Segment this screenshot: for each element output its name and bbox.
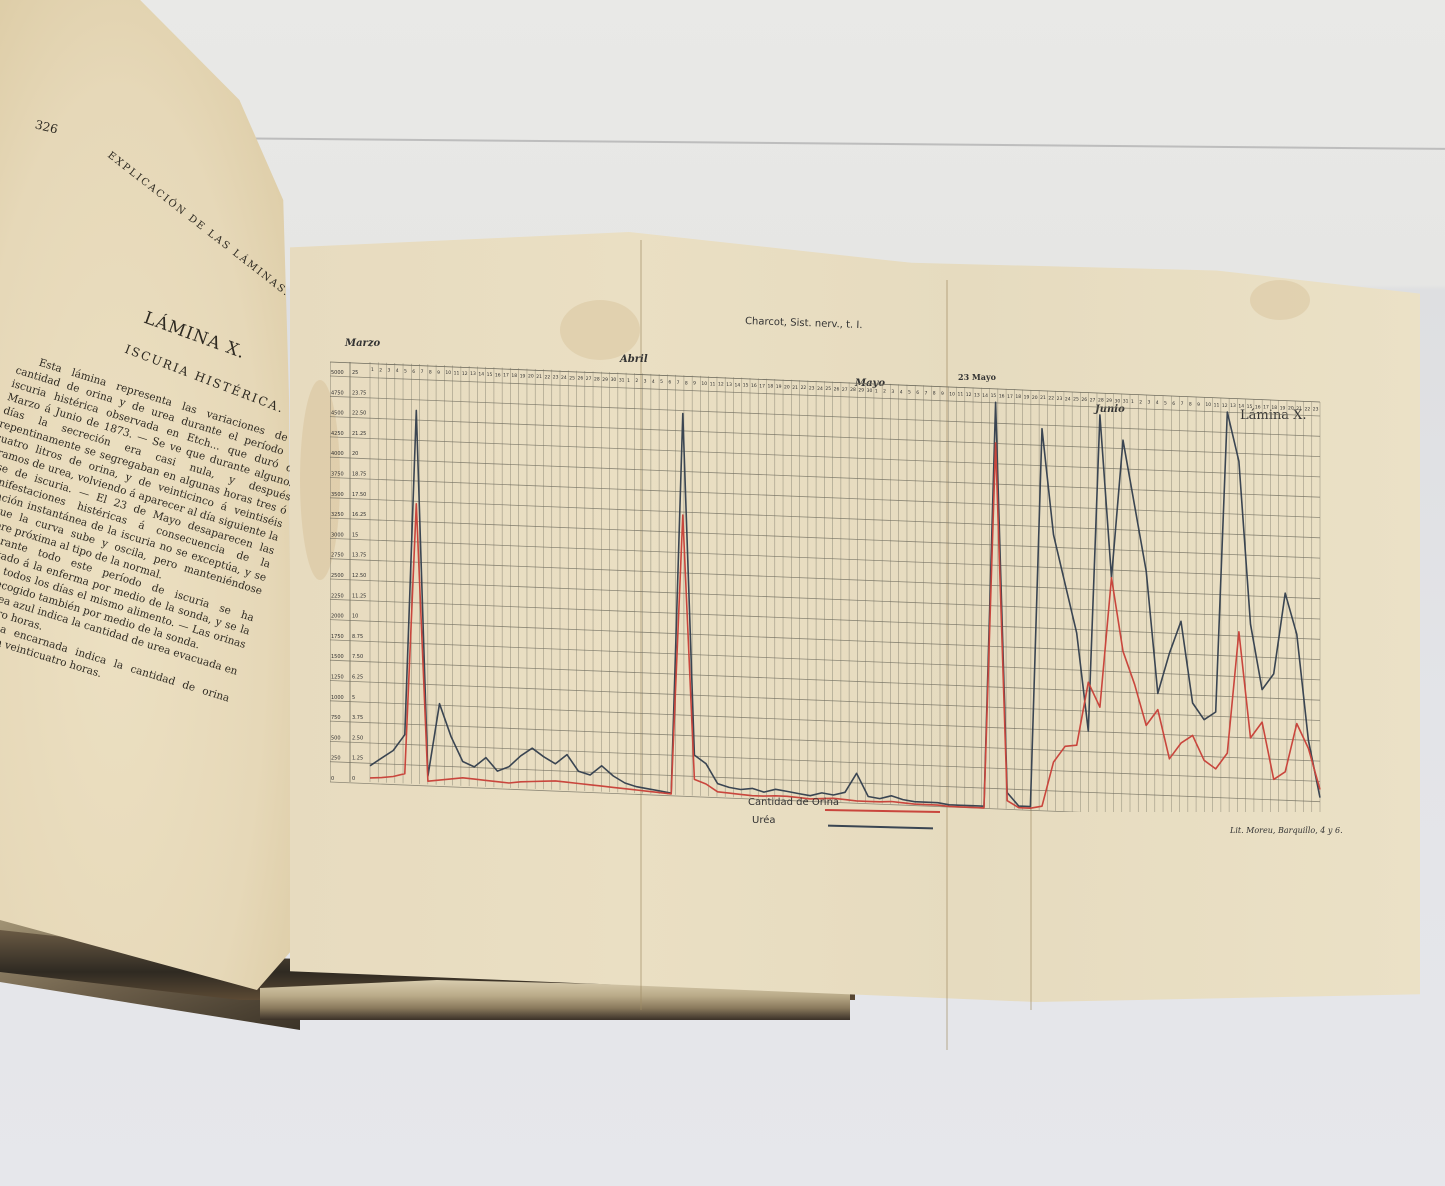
svg-text:29: 29 (858, 388, 864, 394)
svg-text:2500: 2500 (331, 573, 344, 579)
svg-text:16: 16 (751, 383, 757, 389)
svg-text:11: 11 (710, 381, 716, 387)
svg-text:17: 17 (1263, 405, 1269, 411)
svg-text:16: 16 (999, 393, 1005, 399)
paper-stain (560, 300, 640, 360)
svg-text:23: 23 (1313, 407, 1319, 413)
svg-text:4: 4 (1156, 400, 1159, 406)
svg-text:12.50: 12.50 (352, 573, 366, 579)
svg-text:29: 29 (1106, 398, 1112, 404)
svg-text:23: 23 (809, 385, 815, 391)
printer-credit: Lit. Moreu, Barquillo, 4 y 6. (1230, 826, 1343, 835)
svg-text:1: 1 (1131, 399, 1134, 405)
svg-text:28: 28 (850, 387, 856, 393)
svg-text:3: 3 (644, 379, 647, 385)
svg-text:0: 0 (352, 776, 355, 782)
svg-text:2: 2 (883, 389, 886, 395)
svg-text:18: 18 (1271, 405, 1277, 411)
svg-text:29: 29 (602, 377, 608, 383)
svg-text:16: 16 (495, 372, 501, 378)
svg-text:250: 250 (331, 756, 341, 762)
svg-text:1: 1 (371, 367, 374, 373)
svg-text:30: 30 (1114, 398, 1120, 404)
svg-text:500: 500 (331, 735, 341, 741)
svg-text:2: 2 (635, 378, 638, 384)
svg-text:2000: 2000 (331, 614, 344, 620)
svg-text:24: 24 (817, 386, 823, 392)
svg-text:5: 5 (1164, 400, 1167, 406)
svg-text:28: 28 (1098, 398, 1104, 404)
svg-text:9: 9 (693, 381, 696, 387)
svg-text:16.25: 16.25 (352, 512, 366, 518)
svg-text:11: 11 (958, 392, 964, 398)
svg-text:12: 12 (966, 392, 972, 398)
svg-text:18.75: 18.75 (352, 472, 366, 478)
svg-text:24: 24 (561, 375, 567, 381)
svg-text:3: 3 (1148, 400, 1151, 406)
svg-text:15: 15 (743, 383, 749, 389)
svg-text:10: 10 (352, 614, 358, 620)
svg-text:4: 4 (652, 379, 655, 385)
svg-text:21: 21 (792, 385, 798, 391)
svg-text:7: 7 (924, 390, 927, 396)
svg-text:750: 750 (331, 715, 341, 721)
svg-text:2: 2 (379, 367, 382, 373)
svg-text:24: 24 (1065, 396, 1071, 402)
svg-text:12: 12 (462, 371, 468, 377)
svg-text:23.75: 23.75 (352, 390, 366, 396)
svg-text:9: 9 (437, 370, 440, 376)
svg-text:1750: 1750 (331, 634, 344, 640)
line-chart: 002501.255002.507503.751000512506.251500… (330, 352, 1330, 812)
svg-text:9: 9 (1197, 402, 1200, 408)
svg-text:28: 28 (594, 376, 600, 382)
svg-text:17.50: 17.50 (352, 492, 366, 498)
svg-text:3000: 3000 (331, 532, 344, 538)
svg-text:17: 17 (759, 383, 765, 389)
svg-text:26: 26 (578, 376, 584, 382)
svg-text:4000: 4000 (331, 451, 344, 457)
svg-text:18: 18 (1015, 394, 1021, 400)
svg-text:10: 10 (1205, 402, 1211, 408)
svg-text:8: 8 (933, 391, 936, 397)
svg-text:11: 11 (454, 371, 460, 377)
svg-text:5: 5 (352, 695, 355, 701)
svg-text:21: 21 (1296, 406, 1302, 412)
svg-text:20: 20 (1032, 395, 1038, 401)
svg-text:14: 14 (1238, 404, 1244, 410)
svg-text:30: 30 (867, 388, 873, 394)
svg-text:17: 17 (1007, 394, 1013, 400)
svg-text:19: 19 (776, 384, 782, 390)
svg-text:17: 17 (503, 373, 509, 379)
svg-text:7: 7 (677, 380, 680, 386)
svg-text:21.25: 21.25 (352, 431, 366, 437)
svg-text:12: 12 (1222, 403, 1228, 409)
svg-text:10: 10 (445, 370, 451, 376)
svg-text:8: 8 (429, 369, 432, 375)
svg-text:7.50: 7.50 (352, 654, 363, 660)
svg-text:5: 5 (908, 390, 911, 396)
svg-text:14: 14 (478, 372, 484, 378)
svg-text:3: 3 (891, 389, 894, 395)
svg-text:2250: 2250 (331, 593, 344, 599)
svg-text:3250: 3250 (331, 512, 344, 518)
svg-text:20: 20 (784, 384, 790, 390)
svg-text:15: 15 (1247, 404, 1253, 410)
svg-text:0: 0 (331, 776, 334, 782)
svg-text:18: 18 (768, 384, 774, 390)
svg-text:4: 4 (900, 389, 903, 395)
svg-text:1: 1 (875, 388, 878, 394)
svg-text:1000: 1000 (331, 695, 344, 701)
svg-text:6: 6 (1172, 401, 1175, 407)
svg-text:13: 13 (726, 382, 732, 388)
svg-text:19: 19 (1280, 405, 1286, 411)
svg-text:15: 15 (352, 532, 358, 538)
svg-text:22: 22 (801, 385, 807, 391)
legend-label-urea: Uréa (752, 815, 776, 826)
svg-text:30: 30 (611, 377, 617, 383)
svg-text:13: 13 (1230, 403, 1236, 409)
svg-text:31: 31 (619, 377, 625, 383)
svg-text:15: 15 (487, 372, 493, 378)
svg-text:2: 2 (1139, 399, 1142, 405)
month-label: Marzo (345, 338, 380, 349)
svg-text:3750: 3750 (331, 472, 344, 478)
svg-text:20: 20 (528, 374, 534, 380)
fold-line (1030, 790, 1032, 1010)
svg-text:4: 4 (396, 368, 399, 374)
svg-text:2.50: 2.50 (352, 735, 363, 741)
svg-text:19: 19 (1024, 395, 1030, 401)
svg-text:25: 25 (825, 386, 831, 392)
svg-text:11: 11 (1214, 403, 1220, 409)
svg-text:31: 31 (1123, 399, 1129, 405)
svg-text:13: 13 (470, 371, 476, 377)
svg-text:5: 5 (660, 379, 663, 385)
svg-text:27: 27 (1090, 397, 1096, 403)
svg-text:12: 12 (718, 382, 724, 388)
svg-text:27: 27 (842, 387, 848, 393)
svg-text:21: 21 (1040, 395, 1046, 401)
svg-text:9: 9 (941, 391, 944, 397)
legend-label-orina: Cantidad de Orina (748, 797, 839, 808)
svg-text:27: 27 (586, 376, 592, 382)
svg-text:7: 7 (421, 369, 424, 375)
svg-text:6: 6 (668, 380, 671, 386)
svg-text:16: 16 (1255, 404, 1261, 410)
svg-text:22: 22 (1304, 406, 1310, 412)
svg-text:18: 18 (511, 373, 517, 379)
svg-text:20: 20 (352, 451, 358, 457)
svg-text:1250: 1250 (331, 675, 344, 681)
svg-text:4250: 4250 (331, 431, 344, 437)
svg-text:5000: 5000 (331, 370, 344, 376)
svg-text:8: 8 (1189, 401, 1192, 407)
svg-text:22.50: 22.50 (352, 411, 366, 417)
table-wall-edge (200, 137, 1445, 150)
svg-text:25: 25 (352, 370, 358, 376)
svg-text:21: 21 (536, 374, 542, 380)
svg-text:6: 6 (412, 369, 415, 375)
svg-text:15: 15 (991, 393, 997, 399)
svg-text:4500: 4500 (331, 411, 344, 417)
svg-text:26: 26 (1081, 397, 1087, 403)
svg-text:8: 8 (685, 380, 688, 386)
svg-text:25: 25 (1073, 397, 1079, 403)
svg-text:22: 22 (544, 374, 550, 380)
svg-text:7: 7 (1181, 401, 1184, 407)
svg-text:3: 3 (388, 368, 391, 374)
svg-text:3500: 3500 (331, 492, 344, 498)
svg-text:23: 23 (1057, 396, 1063, 402)
svg-text:14: 14 (734, 382, 740, 388)
svg-text:23: 23 (553, 375, 559, 381)
svg-text:6.25: 6.25 (352, 675, 363, 681)
svg-text:11.25: 11.25 (352, 593, 366, 599)
svg-text:4750: 4750 (331, 390, 344, 396)
chart-area: 002501.255002.507503.751000512506.251500… (330, 352, 1330, 812)
svg-text:26: 26 (834, 387, 840, 393)
svg-text:19: 19 (520, 373, 526, 379)
svg-text:3.75: 3.75 (352, 715, 363, 721)
svg-text:8.75: 8.75 (352, 634, 363, 640)
svg-text:1.25: 1.25 (352, 756, 363, 762)
svg-text:5: 5 (404, 368, 407, 374)
svg-text:20: 20 (1288, 406, 1294, 412)
paper-stain (1250, 280, 1310, 320)
svg-text:10: 10 (949, 391, 955, 397)
svg-text:14: 14 (982, 393, 988, 399)
svg-text:10: 10 (701, 381, 707, 387)
svg-text:13.75: 13.75 (352, 553, 366, 559)
svg-text:25: 25 (569, 375, 575, 381)
svg-text:22: 22 (1048, 396, 1054, 402)
svg-text:6: 6 (916, 390, 919, 396)
svg-text:13: 13 (974, 392, 980, 398)
svg-text:2750: 2750 (331, 553, 344, 559)
svg-text:1: 1 (627, 378, 630, 384)
svg-text:1500: 1500 (331, 654, 344, 660)
